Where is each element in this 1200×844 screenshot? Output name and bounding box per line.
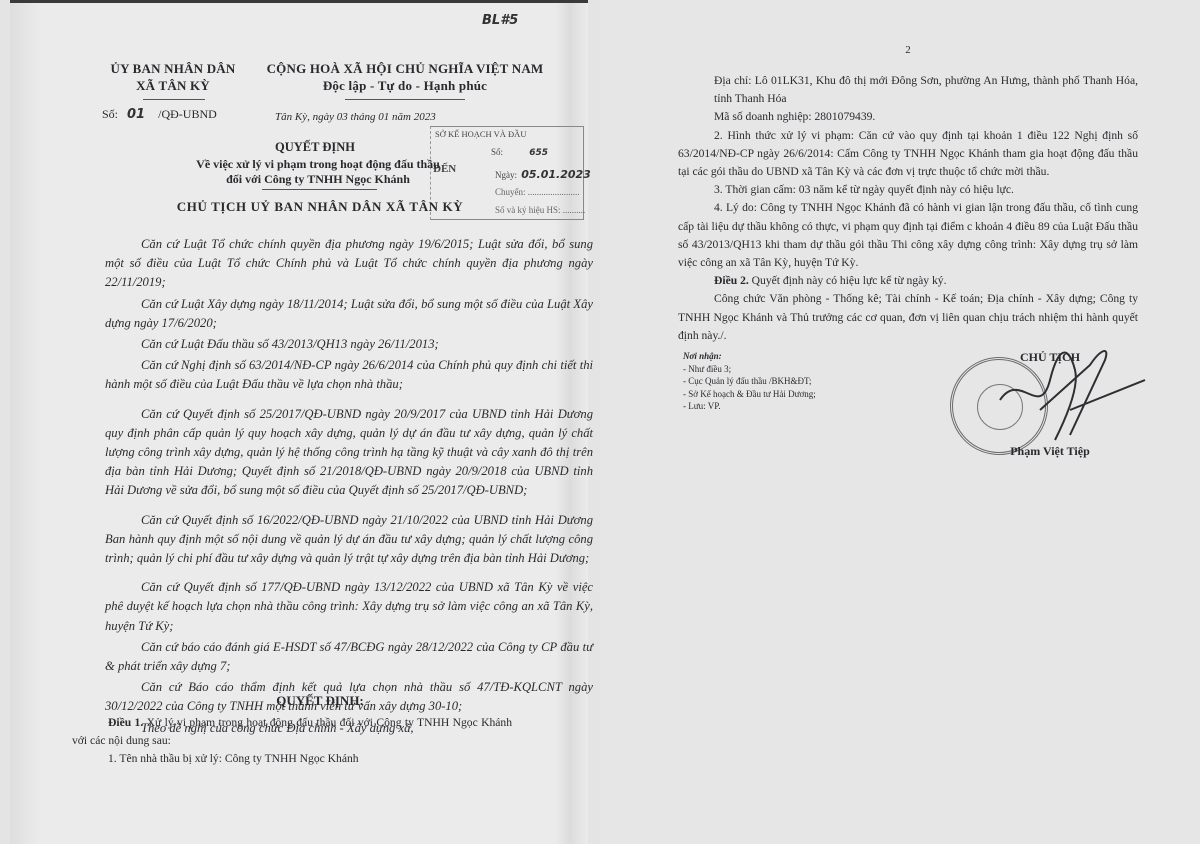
subject-line-2: đối với Công ty TNHH Ngọc Khánh (108, 172, 528, 187)
legal-basis: Căn cứ Luật Tổ chức chính quyền địa phươ… (105, 235, 593, 293)
recipient-item: - Lưu: VP. (683, 400, 883, 413)
legal-basis: Căn cứ Quyết định số 25/2017/QĐ-UBND ngà… (105, 405, 593, 501)
enforcement-clause: Công chức Văn phòng - Thống kê; Tài chín… (678, 290, 1138, 345)
legal-basis: Căn cứ Luật Đấu thầu số 43/2013/QH13 ngà… (105, 335, 593, 354)
document-title: QUYẾT ĐỊNH (185, 140, 445, 155)
legal-basis: Căn cứ Quyết định số 177/QĐ-UBND ngày 13… (105, 578, 593, 636)
document-page-1: BL#5 ỦY BAN NHÂN DÂN XÃ TÂN KỲ CỘNG HOÀ … (10, 0, 588, 844)
subject-line-1: Về việc xử lý vi phạm trong hoạt động đấ… (108, 157, 528, 172)
nation-line-1: CỘNG HOÀ XÃ HỘI CHỦ NGHĨA VIỆT NAM (255, 61, 555, 77)
stamp-org: SỞ KẾ HOẠCH VÀ ĐẦU (435, 129, 526, 139)
article-2-body: Quyết định này có hiệu lực kể từ ngày ký… (749, 274, 947, 287)
number-label: Số: (102, 107, 118, 121)
recipients-block: Nơi nhận: - Như điều 3; - Cục Quản lý đấ… (683, 350, 883, 413)
contractor-tax-code: Mã số doanh nghiệp: 2801079439. (678, 108, 1138, 126)
signer-name: Phạm Việt Tiệp (985, 444, 1115, 459)
issuing-authority: CHỦ TỊCH UỶ BAN NHÂN DÂN XÃ TÂN KỲ (110, 199, 530, 215)
article-2: Điều 2. Quyết định này có hiệu lực kể từ… (678, 272, 1138, 290)
nation-motto: Độc lập - Tự do - Hạnh phúc (255, 78, 555, 94)
legal-basis: Căn cứ Quyết định số 16/2022/QĐ-UBND ngà… (105, 511, 593, 569)
national-header: CỘNG HOÀ XÃ HỘI CHỦ NGHĨA VIỆT NAM Độc l… (255, 61, 555, 94)
stamp-ngay-value: 05.01.2023 (521, 168, 591, 181)
number-suffix: /QĐ-UBND (158, 107, 217, 121)
legal-bases: Căn cứ Luật Tổ chức chính quyền địa phươ… (105, 235, 593, 738)
document-subject: Về việc xử lý vi phạm trong hoạt động đấ… (108, 157, 528, 187)
issuer-underline (143, 99, 205, 100)
place-date: Tân Kỳ, ngày 03 tháng 01 năm 2023 (275, 111, 436, 123)
legal-basis: Căn cứ Nghị định số 63/2014/NĐ-CP ngày 2… (105, 356, 593, 394)
issuer-line-1: ỦY BAN NHÂN DÂN (98, 61, 248, 77)
page-number: 2 (898, 44, 918, 56)
stamp-so-value: 655 (529, 148, 548, 158)
article-1-text: Điều 1. Xử lý vi phạm trong hoạt động đấ… (72, 714, 512, 750)
issuer-name: ỦY BAN NHÂN DÂN XÃ TÂN KỲ (98, 61, 248, 94)
recipient-item: - Cục Quản lý đấu thầu /BKH&ĐT; (683, 375, 883, 388)
document-page-2: 2 Địa chỉ: Lô 01LK31, Khu đô thị mới Đôn… (600, 0, 1200, 844)
item-1: 1. Tên nhà thầu bị xử lý: Công ty TNHH N… (72, 750, 512, 768)
contractor-address: Địa chỉ: Lô 01LK31, Khu đô thị mới Đông … (678, 72, 1138, 108)
motto-underline (345, 99, 465, 100)
recipient-item: - Như điều 3; (683, 363, 883, 376)
legal-basis: Căn cứ báo cáo đánh giá E-HSDT số 47/BCĐ… (105, 638, 593, 676)
stamp-chuyen: Chuyển: ....................... (495, 187, 580, 197)
article-2-label: Điều 2. (714, 274, 749, 287)
item-4: 4. Lý do: Công ty TNHH Ngọc Khánh đã có … (678, 199, 1138, 272)
legal-basis: Căn cứ Luật Xây dựng ngày 18/11/2014; Lu… (105, 295, 593, 333)
article-1-label: Điều 1. (108, 716, 143, 729)
article-1: Điều 1. Xử lý vi phạm trong hoạt động đấ… (72, 714, 512, 768)
recipient-item: - Sở Kế hoạch & Đầu tư Hải Dương; (683, 388, 883, 401)
decision-heading: QUYẾT ĐỊNH: (160, 693, 480, 709)
number-handwritten: 01 (127, 107, 145, 122)
decision-number: Số: 01 /QĐ-UBND (102, 107, 217, 122)
page-2-body: Địa chỉ: Lô 01LK31, Khu đô thị mới Đông … (678, 72, 1138, 345)
signer-title: CHỦ TỊCH (1000, 350, 1100, 365)
recipients-title: Nơi nhận: (683, 350, 883, 363)
stamp-so-label: Số: (491, 147, 503, 157)
issuer-line-2: XÃ TÂN KỲ (98, 78, 248, 94)
stamp-chuyen-label: Chuyển: (495, 187, 526, 197)
item-2: 2. Hình thức xử lý vi phạm: Căn cứ vào q… (678, 127, 1138, 182)
handwritten-corner-note: BL#5 (482, 13, 518, 28)
item-3: 3. Thời gian cấm: 03 năm kể từ ngày quyế… (678, 181, 1138, 199)
subject-underline (262, 189, 377, 190)
